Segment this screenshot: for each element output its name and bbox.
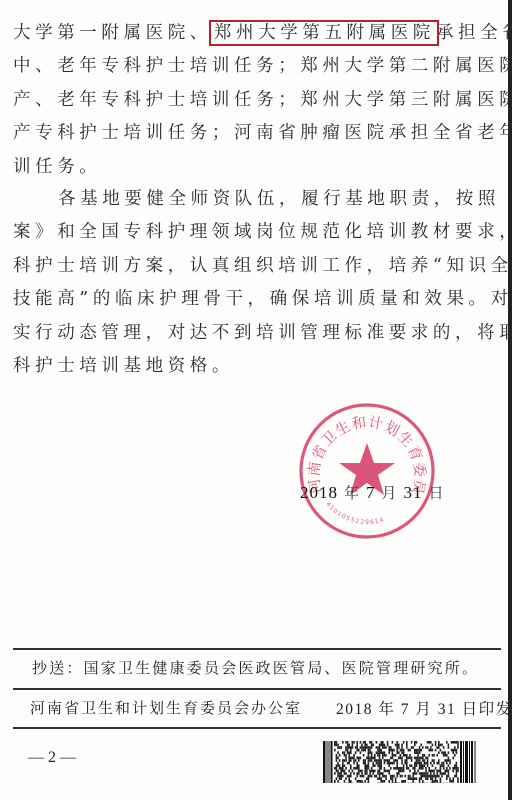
text-line: 各基地要健全师资队伍，履行基地职责，按照《规划》《方 xyxy=(13,183,500,216)
document-page: 大学第一附属医院、郑州大学第五附属医院承担全省助产、卒 中、老年专科护士培训任务… xyxy=(0,0,512,800)
divider-line xyxy=(13,688,501,690)
text-line: 训任务。 xyxy=(13,151,500,184)
text-line: 实行动态管理，对达不到培训管理标准要求的，将取消河南省专 xyxy=(13,317,500,350)
date-month: 7 xyxy=(366,483,376,502)
paragraph-hospital-assignments: 大学第一附属医院、郑州大学第五附属医院承担全省助产、卒 中、老年专科护士培训任务… xyxy=(13,17,500,184)
text-line: 产、老年专科护士培训任务；郑州大学第三附属医院承担全省助 xyxy=(13,84,500,117)
pdf417-barcode-icon xyxy=(323,741,477,783)
text-line: 科护士培训基地资格。 xyxy=(13,350,500,383)
divider-line xyxy=(13,648,501,650)
highlighted-hospital-name: 郑州大学第五附属医院 xyxy=(212,23,436,43)
text-line: 科护士培训方案，认真组织培训工作，培养“知识全、专业精、 xyxy=(13,250,500,283)
date-day-char: 日 xyxy=(429,484,445,502)
print-date: 2018 年 7 月 31 日印发 xyxy=(336,697,512,719)
paragraph-base-requirements: 各基地要健全师资队伍，履行基地职责，按照《规划》《方 案》和全国专科护理领域岗位… xyxy=(13,183,500,383)
svg-text:4101055229614: 4101055229614 xyxy=(324,501,385,526)
date-month-char: 月 xyxy=(382,484,398,502)
text-line: 中、老年专科护士培训任务；郑州大学第二附属医院承担全省助 xyxy=(13,50,500,83)
page-edge-border xyxy=(508,0,512,800)
date-day: 31 xyxy=(404,483,423,502)
text-fragment: 大学第一附属医院、 xyxy=(13,23,212,43)
text-line: 技能高”的临床护理骨干，确保培训质量和效果。对各培训基地 xyxy=(13,283,500,316)
official-seal-icon: 河南省卫生和计划生育委员会 4101055229614 xyxy=(296,400,438,542)
cc-recipients: 抄送：国家卫生健康委员会医政医管局、医院管理研究所。 xyxy=(32,657,479,678)
page-number: — 2 — xyxy=(28,749,76,767)
issuing-office: 河南省卫生和计划生育委员会办公室 xyxy=(30,697,302,718)
date-year-char: 年 xyxy=(344,484,360,502)
seal-code: 4101055229614 xyxy=(324,501,385,526)
divider-line xyxy=(13,727,501,729)
text-fragment: 承担全省助产、卒 xyxy=(436,23,512,43)
date-year: 2018 xyxy=(300,483,338,502)
text-line: 产专科护士培训任务；河南省肿瘤医院承担全省老年专科护士培 xyxy=(13,117,500,150)
text-line: 案》和全国专科护理领域岗位规范化培训教材要求，科学制定专 xyxy=(13,216,500,249)
text-line: 大学第一附属医院、郑州大学第五附属医院承担全省助产、卒 xyxy=(13,17,500,50)
signature-date: 2018年7月31日 xyxy=(300,482,451,503)
